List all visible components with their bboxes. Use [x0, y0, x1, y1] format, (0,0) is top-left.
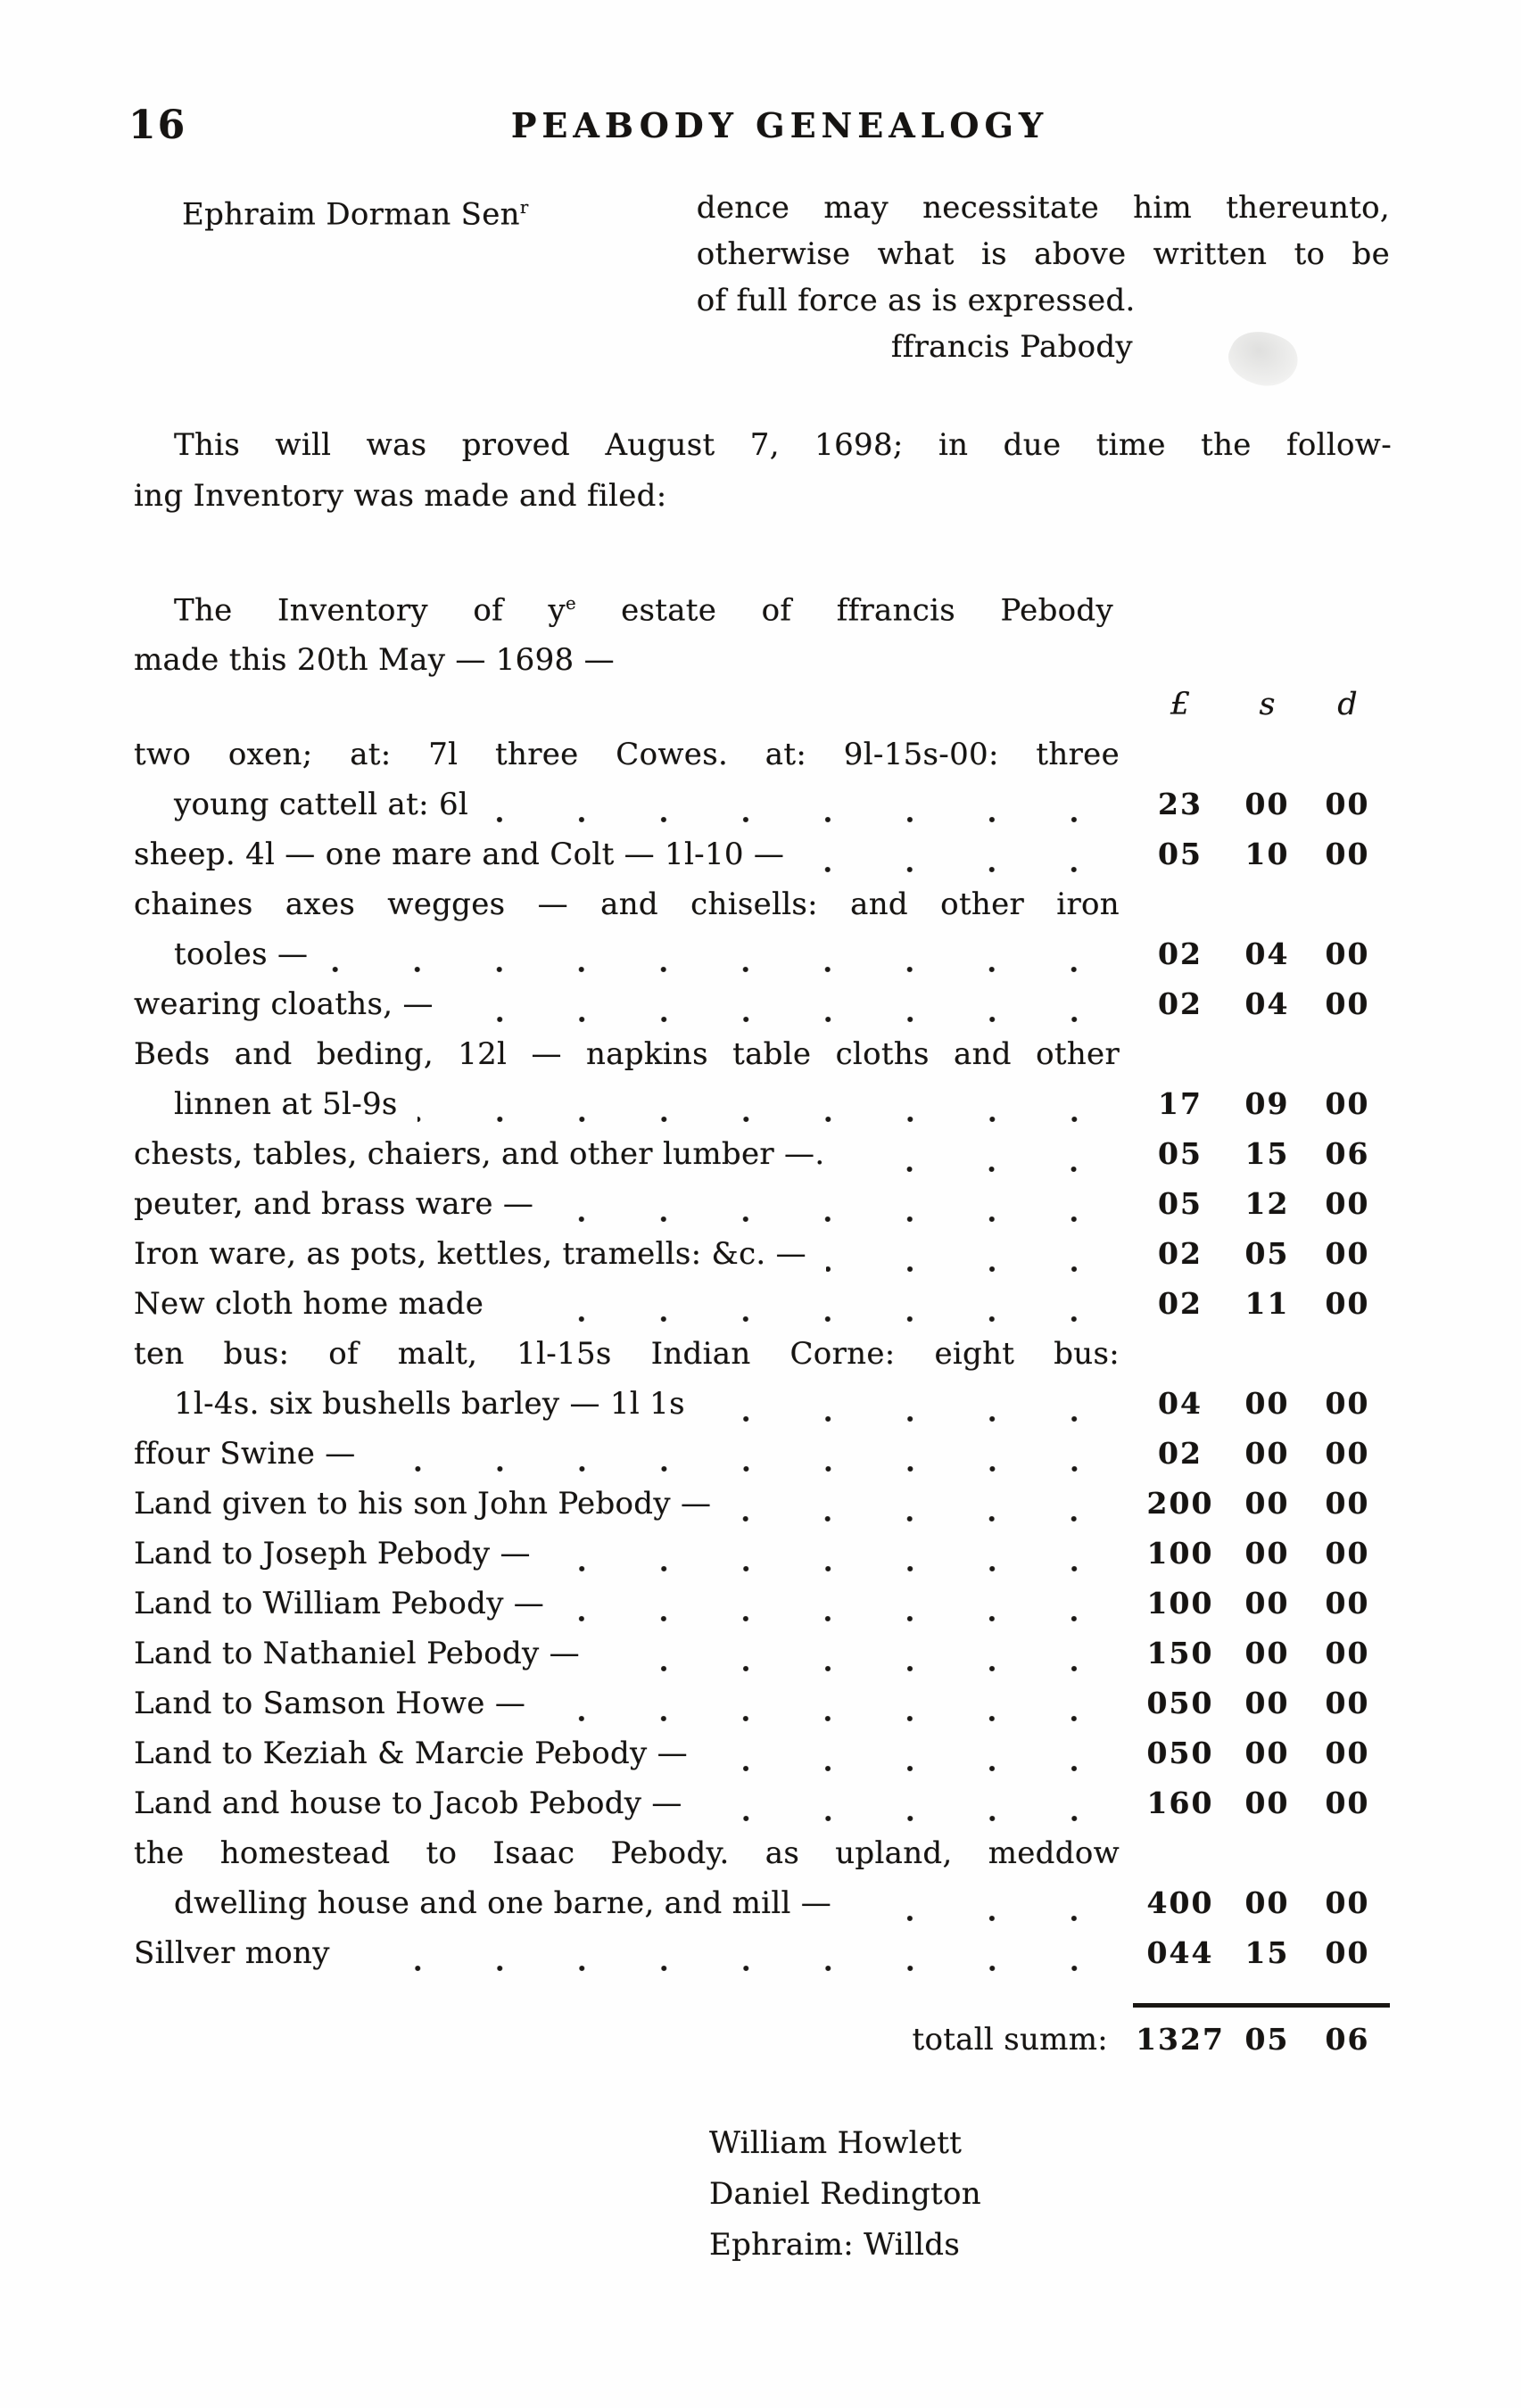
pounds-value: 044 — [1131, 1935, 1229, 1970]
shillings-value: 05 — [1229, 1236, 1305, 1271]
shillings-value: 10 — [1229, 837, 1305, 871]
dot-leader — [702, 1785, 1126, 1835]
inventory-row-label: Land to Joseph Pebody — — [134, 1536, 531, 1571]
inventory-row-label: dwelling house and one barne, and mill — — [134, 1885, 831, 1921]
shillings-value: 11 — [1229, 1286, 1305, 1321]
pounds-value: 050 — [1131, 1686, 1229, 1720]
inventory-row: 1l-4s. six bushells barley — 1l 1s040000 — [134, 1386, 1390, 1436]
pounds-column-header: £ — [1131, 687, 1229, 722]
inventory-row: Land to Samson Howe —0500000 — [134, 1686, 1390, 1736]
proving-paragraph: This will was proved August 7, 1698; in … — [134, 420, 1390, 522]
pence-value: 00 — [1305, 1386, 1390, 1421]
dot-leader — [376, 1436, 1126, 1486]
inventory-row-label: New cloth home made — [134, 1286, 484, 1322]
inventory-row: two oxen; at: 7l three Cowes. at: 9l-15s… — [134, 737, 1390, 787]
shillings-value: 04 — [1229, 986, 1305, 1021]
shillings-value: 00 — [1229, 1636, 1305, 1670]
inventory-row: linnen at 5l-9s170900 — [134, 1086, 1390, 1136]
dot-leader — [503, 1286, 1126, 1336]
dot-leader — [488, 787, 1126, 837]
inventory-row-label: Sillver mony — [134, 1935, 330, 1971]
pence-value: 00 — [1305, 1486, 1390, 1521]
page-content: 16 PEABODY GENEALOGY Ephraim Dorman Senr… — [0, 0, 1390, 2271]
inventory-row: Iron ware, as pots, kettles, tramells: &… — [134, 1236, 1390, 1286]
inventory-heading-line: made this 20th May — 1698 — — [134, 635, 1390, 685]
dot-leader — [705, 1386, 1126, 1436]
shillings-value: 12 — [1229, 1186, 1305, 1221]
will-closing-line: dence may necessitate him thereunto, — [697, 185, 1390, 231]
pounds-value: 05 — [1131, 1186, 1229, 1221]
inventory-row: young cattell at: 6l230000 — [134, 787, 1390, 837]
pounds-value: 17 — [1131, 1086, 1229, 1121]
shillings-value: 00 — [1229, 1885, 1305, 1920]
inventory-row-label: chests, tables, chaiers, and other lumbe… — [134, 1136, 824, 1172]
inventory-witnesses: William Howlett Daniel Redington Ephraim… — [134, 2118, 1390, 2271]
pence-value: 00 — [1305, 1686, 1390, 1720]
pounds-value: 02 — [1131, 986, 1229, 1021]
pence-value: 00 — [1305, 1785, 1390, 1820]
inventory-row-label: young cattell at: 6l — [134, 787, 468, 822]
page-number: 16 — [128, 100, 186, 151]
inventory-row: wearing cloaths, —020400 — [134, 986, 1390, 1036]
inventory-row: peuter, and brass ware —051200 — [134, 1186, 1390, 1236]
inventory-row: tooles —020400 — [134, 936, 1390, 986]
shillings-value: 00 — [1229, 1486, 1305, 1521]
pence-value: 00 — [1305, 936, 1390, 971]
pence-value: 00 — [1305, 986, 1390, 1021]
pence-value: 06 — [1305, 1136, 1390, 1171]
pence-value: 00 — [1305, 1236, 1390, 1271]
inventory-row-label: ffour Swine — — [134, 1436, 356, 1472]
pounds-value: 200 — [1131, 1486, 1229, 1521]
inventory-row-label: ten bus: of malt, 1l-15s Indian Corne: e… — [134, 1336, 1120, 1372]
dot-leader — [731, 1486, 1126, 1536]
total-pounds-value: 1327 — [1131, 2022, 1229, 2057]
inventory-heading-superscript: e — [566, 593, 576, 614]
will-closing-block: Ephraim Dorman Senr dence may necessitat… — [134, 185, 1390, 370]
inventory-row-label: Iron ware, as pots, kettles, tramells: &… — [134, 1236, 806, 1272]
shillings-value: 00 — [1229, 1436, 1305, 1471]
will-witness-name: Ephraim Dorman Senr — [134, 185, 697, 370]
shillings-value: 15 — [1229, 1136, 1305, 1171]
pence-value: 00 — [1305, 1736, 1390, 1770]
inventory-heading-line: The Inventory of ye estate of ffrancis P… — [134, 579, 1113, 635]
dot-leader — [826, 1236, 1126, 1286]
dot-leader — [553, 1186, 1126, 1236]
inventory-row: Land and house to Jacob Pebody —1600000 — [134, 1785, 1390, 1835]
dot-leader — [599, 1636, 1126, 1686]
inventory-row-label: two oxen; at: 7l three Cowes. at: 9l-15s… — [134, 737, 1120, 772]
inventory-row-label: Land to Keziah & Marcie Pebody — — [134, 1736, 688, 1771]
inventory-row-label: Land to William Pebody — — [134, 1586, 544, 1621]
inventory-row-label: 1l-4s. six bushells barley — 1l 1s — [134, 1386, 685, 1422]
page-header: 16 PEABODY GENEALOGY — [134, 100, 1390, 151]
will-witness-name-superscript: r — [520, 197, 528, 218]
inventory-row-label: sheep. 4l — one mare and Colt — 1l-10 — — [134, 837, 784, 872]
witness-name: Ephraim: Willds — [709, 2220, 1390, 2271]
pence-value: 00 — [1305, 1586, 1390, 1620]
inventory-row: ten bus: of malt, 1l-15s Indian Corne: e… — [134, 1336, 1390, 1386]
page-title: PEABODY GENEALOGY — [134, 100, 1390, 151]
pounds-value: 23 — [1131, 787, 1229, 821]
shillings-value: 00 — [1229, 1736, 1305, 1770]
inventory-row: Beds and beding, 12l — napkins table clo… — [134, 1036, 1390, 1086]
shillings-value: 04 — [1229, 936, 1305, 971]
pounds-value: 02 — [1131, 1436, 1229, 1471]
pounds-value: 160 — [1131, 1785, 1229, 1820]
inventory-row: Land to William Pebody —1000000 — [134, 1586, 1390, 1636]
pounds-value: 05 — [1131, 1136, 1229, 1171]
dot-leader — [545, 1686, 1126, 1736]
inventory-row: ffour Swine —020000 — [134, 1436, 1390, 1486]
inventory-row-label: Land to Samson Howe — — [134, 1686, 525, 1721]
pence-value: 00 — [1305, 1536, 1390, 1571]
pounds-value: 150 — [1131, 1636, 1229, 1670]
pence-column-header: d — [1305, 687, 1390, 722]
pence-value: 00 — [1305, 1935, 1390, 1970]
inventory-row-label: peuter, and brass ware — — [134, 1186, 533, 1222]
pence-value: 00 — [1305, 1636, 1390, 1670]
inventory-row-label: Land and house to Jacob Pebody — — [134, 1785, 682, 1821]
shillings-value: 00 — [1229, 1785, 1305, 1820]
dot-leader — [350, 1935, 1126, 1985]
inventory-row: the homestead to Isaac Pebody. as upland… — [134, 1835, 1390, 1885]
shillings-column-header: s — [1229, 687, 1305, 722]
pounds-value: 100 — [1131, 1536, 1229, 1571]
total-pence-value: 06 — [1305, 2022, 1390, 2057]
pounds-value: 050 — [1131, 1736, 1229, 1770]
inventory-row: Sillver mony0441500 — [134, 1935, 1390, 1985]
inventory-row: dwelling house and one barne, and mill —… — [134, 1885, 1390, 1935]
shillings-value: 00 — [1229, 1536, 1305, 1571]
proving-line: ing Inventory was made and filed: — [134, 471, 1390, 522]
pounds-value: 04 — [1131, 1386, 1229, 1421]
witness-name: Daniel Redington — [709, 2169, 1390, 2220]
inventory-row: Land to Joseph Pebody —1000000 — [134, 1536, 1390, 1586]
pence-value: 00 — [1305, 837, 1390, 871]
inventory-table: £ s d two oxen; at: 7l three Cowes. at: … — [134, 687, 1390, 2072]
dot-leader — [804, 837, 1126, 887]
shillings-value: 00 — [1229, 1586, 1305, 1620]
total-label: totall summ: — [134, 2022, 1131, 2058]
dot-leader — [453, 986, 1126, 1036]
inventory-heading-text: estate of ffrancis Pebody — [576, 592, 1113, 628]
will-closing-line: of full force as is expressed. — [697, 277, 1390, 324]
dot-leader — [851, 1885, 1126, 1935]
inventory-row-label: chaines axes wegges — and chisells: and … — [134, 887, 1120, 922]
pounds-value: 100 — [1131, 1586, 1229, 1620]
pence-value: 00 — [1305, 1885, 1390, 1920]
dot-leader — [844, 1136, 1126, 1186]
inventory-row-label: tooles — — [134, 936, 308, 972]
total-shillings-value: 05 — [1229, 2022, 1305, 2057]
pence-value: 00 — [1305, 1186, 1390, 1221]
pounds-value: 02 — [1131, 936, 1229, 971]
pounds-value: 02 — [1131, 1286, 1229, 1321]
will-closing-line: otherwise what is above written to be — [697, 231, 1390, 277]
inventory-row-label: Beds and beding, 12l — napkins table clo… — [134, 1036, 1120, 1072]
pence-value: 00 — [1305, 1086, 1390, 1121]
pence-value: 00 — [1305, 1436, 1390, 1471]
inventory-row: Land to Keziah & Marcie Pebody —0500000 — [134, 1736, 1390, 1785]
inventory-table-header: £ s d — [134, 687, 1390, 737]
inventory-heading: The Inventory of ye estate of ffrancis P… — [134, 579, 1390, 685]
inventory-row: Land given to his son John Pebody —20000… — [134, 1486, 1390, 1536]
inventory-rows: two oxen; at: 7l three Cowes. at: 9l-15s… — [134, 737, 1390, 1985]
inventory-row-label: Land given to his son John Pebody — — [134, 1486, 711, 1521]
dot-leader — [564, 1586, 1126, 1636]
pounds-value: 05 — [1131, 837, 1229, 871]
inventory-row-label: Land to Nathaniel Pebody — — [134, 1636, 580, 1671]
dot-leader — [707, 1736, 1126, 1785]
pence-value: 00 — [1305, 787, 1390, 821]
total-row: totall summ: 1327 05 06 — [134, 2022, 1390, 2072]
book-page-scan: 16 PEABODY GENEALOGY Ephraim Dorman Senr… — [0, 0, 1521, 2408]
pounds-value: 02 — [1131, 1236, 1229, 1271]
inventory-row-label: wearing cloaths, — — [134, 986, 434, 1022]
dot-leader — [417, 1086, 1126, 1136]
dot-leader — [327, 936, 1126, 986]
inventory-row: sheep. 4l — one mare and Colt — 1l-10 —0… — [134, 837, 1390, 887]
shillings-value: 00 — [1229, 1386, 1305, 1421]
shillings-value: 09 — [1229, 1086, 1305, 1121]
pounds-value: 400 — [1131, 1885, 1229, 1920]
shillings-value: 15 — [1229, 1935, 1305, 1970]
inventory-row-label: the homestead to Isaac Pebody. as upland… — [134, 1835, 1120, 1871]
total-rule — [1133, 2003, 1390, 2008]
dot-leader — [550, 1536, 1126, 1586]
inventory-row: chests, tables, chaiers, and other lumbe… — [134, 1136, 1390, 1186]
inventory-row: chaines axes wegges — and chisells: and … — [134, 887, 1390, 936]
will-witness-name-text: Ephraim Dorman Sen — [182, 196, 520, 232]
shillings-value: 00 — [1229, 1686, 1305, 1720]
proving-line: This will was proved August 7, 1698; in … — [134, 420, 1392, 471]
inventory-row-label: linnen at 5l-9s — [134, 1086, 398, 1122]
inventory-row: Land to Nathaniel Pebody —1500000 — [134, 1636, 1390, 1686]
pence-value: 00 — [1305, 1286, 1390, 1321]
shillings-value: 00 — [1229, 787, 1305, 821]
inventory-heading-text: The Inventory of y — [174, 592, 566, 628]
witness-name: William Howlett — [709, 2118, 1390, 2169]
inventory-row: New cloth home made021100 — [134, 1286, 1390, 1336]
